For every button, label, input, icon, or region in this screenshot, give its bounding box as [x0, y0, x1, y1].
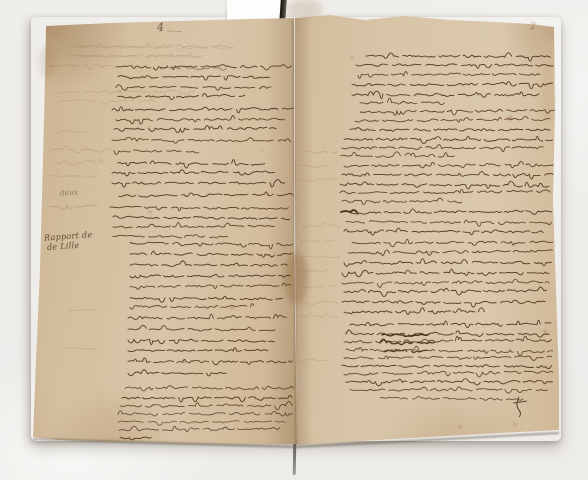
ink-line	[130, 242, 293, 249]
ink-line	[344, 287, 546, 297]
foxing-dot	[458, 425, 462, 429]
ink-line	[52, 146, 111, 153]
foxing-dot	[543, 330, 547, 334]
ink-line	[352, 239, 553, 246]
ink-line	[302, 223, 341, 228]
handwriting-layer	[0, 0, 588, 480]
ink-line	[300, 359, 328, 361]
ink-line	[60, 99, 155, 103]
ink-line	[113, 216, 290, 220]
foxing-dot	[149, 211, 152, 214]
ink-line	[118, 420, 285, 425]
ink-line	[360, 109, 554, 115]
paper-stain	[284, 252, 308, 304]
ink-line	[300, 313, 339, 318]
ink-line	[350, 387, 547, 393]
ink-line	[344, 336, 551, 343]
ink-line	[344, 259, 552, 267]
paper-stain	[541, 67, 555, 123]
ink-line	[130, 296, 282, 302]
ink-line	[358, 72, 540, 79]
foxing-dot	[514, 423, 517, 426]
ink-line	[384, 350, 427, 353]
ink-line	[340, 181, 549, 189]
ink-line	[130, 261, 287, 267]
ink-line	[112, 180, 285, 188]
ink-line	[300, 240, 334, 242]
ink-line	[342, 279, 549, 287]
ink-line	[341, 152, 455, 158]
ink-line	[342, 145, 543, 152]
ink-line	[50, 205, 98, 209]
ink-line	[55, 160, 103, 165]
ink-line	[300, 256, 339, 257]
ink-line	[128, 314, 286, 319]
ink-line	[118, 411, 292, 416]
left-margin-word: deux	[60, 189, 79, 198]
ink-line	[110, 206, 288, 211]
ink-line	[356, 64, 553, 68]
ink-line	[116, 116, 285, 124]
ink-line	[118, 94, 245, 100]
ink-line	[130, 283, 291, 289]
ink-line	[348, 250, 552, 256]
ink-line	[125, 386, 293, 391]
ink-line	[50, 175, 99, 177]
ink-line	[341, 210, 357, 213]
ink-line	[116, 85, 271, 90]
ink-line	[342, 172, 553, 179]
ink-line	[344, 228, 543, 235]
ink-line	[340, 189, 550, 193]
left-page-number: 4	[157, 21, 165, 34]
ink-line	[344, 136, 552, 143]
ink-line	[68, 310, 94, 311]
ink-line	[66, 348, 95, 349]
manuscript-photo: 4 2 Rapport de de Lille deux	[0, 0, 588, 480]
ink-line	[55, 131, 88, 133]
ink-line	[344, 161, 553, 167]
ink-line	[128, 358, 292, 365]
ink-line	[122, 395, 292, 402]
ink-line	[344, 308, 484, 315]
ink-line	[346, 346, 553, 355]
ink-line	[346, 379, 553, 386]
ink-line	[128, 339, 274, 344]
ink-line	[352, 82, 553, 89]
ink-line	[128, 325, 275, 330]
foxing-dot	[261, 149, 263, 151]
ink-line	[344, 371, 553, 377]
ink-line	[130, 304, 254, 310]
paper-stain	[287, 0, 323, 17]
ink-line	[300, 151, 337, 153]
gutter-fold-line	[293, 20, 296, 444]
ink-line	[350, 209, 552, 214]
ink-line	[114, 150, 199, 155]
ink-line	[120, 437, 151, 440]
ink-line	[130, 274, 290, 278]
ink-line	[355, 117, 550, 123]
ink-line	[346, 330, 549, 337]
paper-stain	[38, 46, 56, 78]
ink-line	[302, 301, 338, 305]
ink-line	[113, 235, 228, 238]
ink-line	[342, 365, 552, 369]
ink-line	[113, 223, 274, 228]
ink-line	[350, 128, 550, 132]
ink-line	[366, 53, 550, 61]
ink-line	[344, 356, 552, 361]
foxing-dot	[351, 57, 354, 60]
ink-line	[128, 348, 268, 352]
ink-line	[128, 370, 226, 376]
ink-line	[50, 64, 111, 70]
ink-line	[116, 65, 291, 70]
ink-line	[119, 426, 280, 431]
ink-line	[114, 126, 276, 133]
ink-line	[58, 90, 195, 94]
ink-line	[342, 198, 462, 204]
ink-line	[112, 137, 290, 143]
ink-line	[119, 192, 293, 197]
ink-line	[342, 269, 549, 277]
ink-line	[342, 300, 545, 307]
ink-line	[298, 179, 338, 182]
ink-line	[380, 396, 523, 400]
right-folio-number: 2	[530, 22, 536, 32]
ink-line	[350, 320, 551, 327]
ink-line	[360, 98, 444, 104]
ink-line	[118, 76, 270, 81]
ink-line	[120, 401, 292, 409]
ink-line	[352, 91, 539, 99]
ink-line	[118, 160, 265, 169]
ink-line	[112, 170, 275, 176]
ink-line	[300, 165, 329, 167]
foxing-dot	[230, 306, 234, 310]
ink-line	[130, 251, 292, 257]
ink-line	[112, 107, 293, 113]
ink-line	[346, 220, 551, 226]
ink-line	[168, 31, 181, 32]
handwriting-strokes	[50, 31, 554, 440]
